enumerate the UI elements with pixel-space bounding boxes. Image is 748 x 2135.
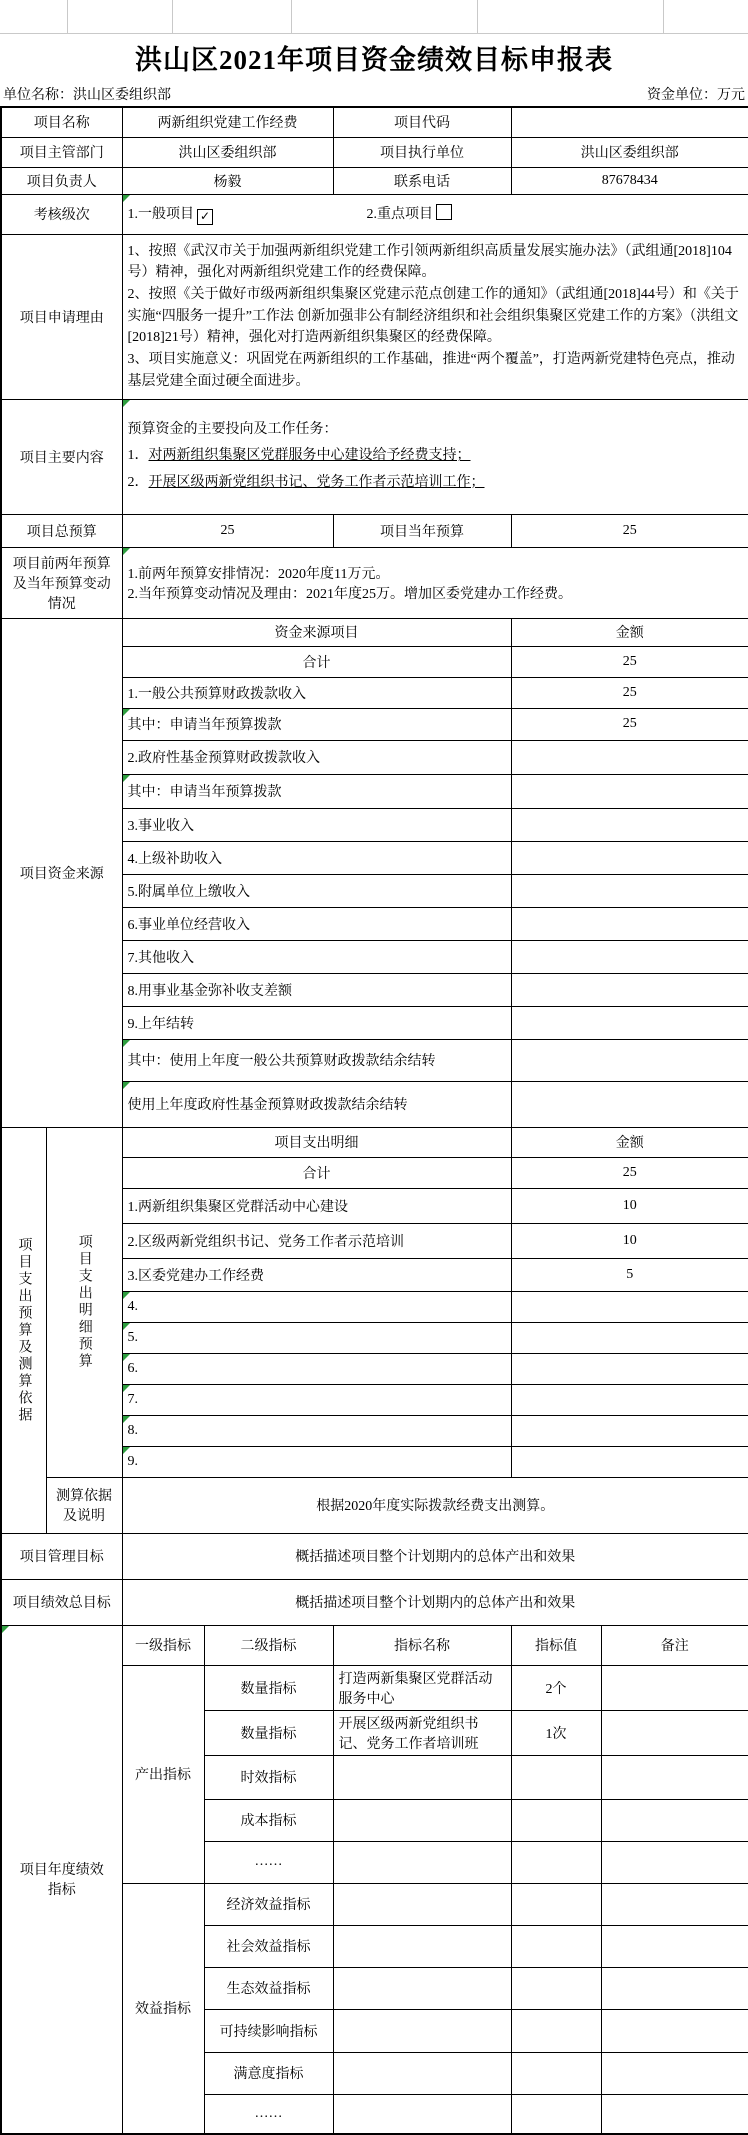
funding-row-text: 使用上年度政府性基金预算财政拨款结余结转 xyxy=(128,1098,408,1113)
project-code-value xyxy=(511,107,748,137)
dept-label: 项目主管部门 xyxy=(1,137,122,167)
indicator-name: 打造两新集聚区党群活动服务中心 xyxy=(333,1665,511,1710)
indicator-note xyxy=(601,2094,748,2134)
expenditure-row-text: 7. xyxy=(128,1392,139,1407)
phone-value: 87678434 xyxy=(511,167,748,194)
checkbox-checked-icon[interactable]: ✓ xyxy=(197,209,213,225)
manager-value: 杨毅 xyxy=(122,167,333,194)
green-triangle-icon xyxy=(123,1447,130,1454)
funding-col-item: 资金来源项目 xyxy=(122,618,511,646)
green-triangle-icon xyxy=(123,1323,130,1330)
indicator-name xyxy=(333,1799,511,1841)
expenditure-row-name: 8. xyxy=(122,1415,511,1446)
option-general-label: 1.一般项目 xyxy=(128,207,195,222)
project-name-value: 两新组织党建工作经费 xyxy=(122,107,333,137)
funding-row-text: 其中：申请当年预算拨款 xyxy=(128,718,282,733)
indicator-name xyxy=(333,1755,511,1799)
expenditure-row-name: 7. xyxy=(122,1384,511,1415)
green-triangle-icon xyxy=(123,400,130,407)
funding-row-name: 6.事业单位经营收入 xyxy=(122,907,511,940)
expenditure-row-name: 1.两新组织集聚区党群活动中心建设 xyxy=(122,1188,511,1223)
total-budget-label: 项目总预算 xyxy=(1,514,122,547)
funding-row-name: 2.政府性基金预算财政拨款收入 xyxy=(122,740,511,774)
indicator-type: 社会效益指标 xyxy=(204,1925,333,1967)
expenditure-row-text: 4. xyxy=(128,1299,139,1314)
green-triangle-icon xyxy=(123,1082,130,1089)
funding-row-text: 其中：使用上年度一般公共预算财政拨款结余结转 xyxy=(128,1054,436,1069)
green-triangle-icon xyxy=(123,775,130,782)
indicator-note xyxy=(601,2052,748,2094)
item2-number: 2． xyxy=(128,475,149,490)
assessment-label: 考核级次 xyxy=(1,194,122,234)
expenditure-row-amount xyxy=(511,1384,748,1415)
expenditure-row-amount xyxy=(511,1291,748,1322)
green-triangle-icon xyxy=(123,709,130,716)
indicator-note xyxy=(601,1967,748,2009)
benefit-indicators-label: 效益指标 xyxy=(122,1883,204,2134)
green-triangle-icon xyxy=(123,1292,130,1299)
indicator-value xyxy=(511,2094,601,2134)
indicators-col-level1: 一级指标 xyxy=(122,1625,204,1665)
expenditure-row-amount: 25 xyxy=(511,1157,748,1188)
indicator-type: 数量指标 xyxy=(204,1710,333,1755)
indicator-type: 经济效益指标 xyxy=(204,1883,333,1925)
basis-label: 测算依据及说明 xyxy=(46,1477,122,1533)
funding-row-amount xyxy=(511,874,748,907)
expenditure-row-amount: 10 xyxy=(511,1223,748,1258)
green-triangle-icon xyxy=(2,1626,9,1633)
indicator-note xyxy=(601,1755,748,1799)
spreadsheet-page: 洪山区2021年项目资金绩效目标申报表 单位名称：洪山区委组织部 资金单位：万元… xyxy=(0,0,748,2135)
indicator-value xyxy=(511,2052,601,2094)
assessment-value: 1.一般项目✓ 2.重点项目 xyxy=(122,194,748,234)
form-subheader: 单位名称：洪山区委组织部 资金单位：万元 xyxy=(0,81,748,106)
indicator-type: 时效指标 xyxy=(204,1755,333,1799)
indicator-name xyxy=(333,1967,511,2009)
expenditure-row-name: 6. xyxy=(122,1353,511,1384)
history-label: 项目前两年预算及当年预算变动情况 xyxy=(1,547,122,618)
indicator-value: 2个 xyxy=(511,1665,601,1710)
project-code-label: 项目代码 xyxy=(333,107,511,137)
indicator-name xyxy=(333,2094,511,2134)
indicator-value xyxy=(511,1755,601,1799)
funding-row-name: 1.一般公共预算财政拨款收入 xyxy=(122,677,511,708)
indicator-note xyxy=(601,1799,748,1841)
indicator-type: 生态效益指标 xyxy=(204,1967,333,2009)
funding-row-name: 使用上年度政府性基金预算财政拨款结余结转 xyxy=(122,1081,511,1127)
history-line2: 2.当年预算变动情况及理由：2021年度25万。增加区委党建办工作经费。 xyxy=(128,583,744,603)
indicator-note xyxy=(601,1883,748,1925)
indicators-col-value: 指标值 xyxy=(511,1625,601,1665)
funding-section-label: 项目资金来源 xyxy=(1,618,122,1127)
expenditure-row-amount xyxy=(511,1353,748,1384)
main-content-item1: 1．对两新组织集聚区党群服务中心建设给予经费支持； xyxy=(128,443,744,470)
spreadsheet-empty-row xyxy=(0,0,748,34)
sheet-gridline xyxy=(477,0,478,33)
sheet-gridline xyxy=(172,0,173,33)
current-budget-label: 项目当年预算 xyxy=(333,514,511,547)
expenditure-row-text: 6. xyxy=(128,1361,139,1376)
expenditure-row-text: 5. xyxy=(128,1330,139,1345)
expenditure-section-label: 项目支出预算及测算依据 xyxy=(1,1127,46,1533)
indicator-name xyxy=(333,2009,511,2052)
expenditure-row-name: 2.区级两新党组织书记、党务工作者示范培训 xyxy=(122,1223,511,1258)
main-content-item2: 2．开展区级两新党组织书记、党务工作者示范培训工作； xyxy=(128,470,744,497)
expenditure-row-name: 5. xyxy=(122,1322,511,1353)
history-line1: 1.前两年预算安排情况：2020年度11万元。 xyxy=(128,563,744,583)
expenditure-row-name: 合计 xyxy=(122,1157,511,1188)
funding-row-name: 3.事业收入 xyxy=(122,808,511,841)
output-indicators-label: 产出指标 xyxy=(122,1665,204,1883)
indicator-type: 满意度指标 xyxy=(204,2052,333,2094)
indicator-value xyxy=(511,1883,601,1925)
reason-text: 1、按照《武汉市关于加强两新组织党建工作引领两新组织高质量发展实施办法》（武组通… xyxy=(122,234,748,399)
funding-row-name: 5.附属单位上缴收入 xyxy=(122,874,511,907)
indicators-col-level2: 二级指标 xyxy=(204,1625,333,1665)
expenditure-row-text: 9. xyxy=(128,1454,139,1469)
dept-value: 洪山区委组织部 xyxy=(122,137,333,167)
total-budget-value: 25 xyxy=(122,514,333,547)
currency-unit-label: 资金单位：万元 xyxy=(647,84,745,104)
indicators-section-label-text: 项目年度绩效指标 xyxy=(15,1859,108,1899)
green-triangle-icon xyxy=(123,1416,130,1423)
main-content-intro: 预算资金的主要投向及工作任务： xyxy=(128,417,744,444)
expenditure-detail-label-text: 项目支出明细预算 xyxy=(76,1234,91,1370)
funding-row-name: 4.上级补助收入 xyxy=(122,841,511,874)
sheet-gridline xyxy=(291,0,292,33)
phone-label: 联系电话 xyxy=(333,167,511,194)
green-triangle-icon xyxy=(123,1354,130,1361)
overall-goal-label: 项目绩效总目标 xyxy=(1,1579,122,1625)
management-goal-label: 项目管理目标 xyxy=(1,1533,122,1579)
indicator-name xyxy=(333,1925,511,1967)
unit-name-label: 单位名称：洪山区委组织部 xyxy=(3,84,171,104)
expenditure-col-amount: 金额 xyxy=(511,1127,748,1157)
green-triangle-icon xyxy=(123,1385,130,1392)
funding-row-amount xyxy=(511,907,748,940)
indicator-name xyxy=(333,1883,511,1925)
indicator-value xyxy=(511,2009,601,2052)
basis-text: 根据2020年度实际拨款经费支出测算。 xyxy=(122,1477,748,1533)
funding-row-amount xyxy=(511,1006,748,1039)
indicator-value: 1次 xyxy=(511,1710,601,1755)
funding-row-name: 其中：使用上年度一般公共预算财政拨款结余结转 xyxy=(122,1039,511,1081)
indicator-value xyxy=(511,1967,601,2009)
current-budget-value: 25 xyxy=(511,514,748,547)
history-value: 1.前两年预算安排情况：2020年度11万元。 2.当年预算变动情况及理由：20… xyxy=(122,547,748,618)
funding-row-name: 7.其他收入 xyxy=(122,940,511,973)
indicator-name xyxy=(333,1841,511,1883)
funding-row-amount xyxy=(511,808,748,841)
funding-row-name: 其中：申请当年预算拨款 xyxy=(122,774,511,808)
funding-row-amount xyxy=(511,940,748,973)
indicators-col-name: 指标名称 xyxy=(333,1625,511,1665)
manager-label: 项目负责人 xyxy=(1,167,122,194)
assessment-option-key: 2.重点项目 xyxy=(367,207,453,222)
funding-row-amount xyxy=(511,841,748,874)
indicator-name xyxy=(333,2052,511,2094)
indicators-section-label: 项目年度绩效指标 xyxy=(1,1625,122,2134)
indicator-type: …… xyxy=(204,1841,333,1883)
indicator-note xyxy=(601,1710,748,1755)
expenditure-row-amount: 10 xyxy=(511,1188,748,1223)
main-content-value: 预算资金的主要投向及工作任务： 1．对两新组织集聚区党群服务中心建设给予经费支持… xyxy=(122,399,748,514)
funding-row-name: 8.用事业基金弥补收支差额 xyxy=(122,973,511,1006)
indicators-col-note: 备注 xyxy=(601,1625,748,1665)
expenditure-row-amount: 5 xyxy=(511,1258,748,1291)
expenditure-row-amount xyxy=(511,1322,748,1353)
item1-text: 对两新组织集聚区党群服务中心建设给予经费支持； xyxy=(149,448,471,463)
funding-row-amount: 25 xyxy=(511,708,748,740)
overall-goal-text: 概括描述项目整个计划期内的总体产出和效果 xyxy=(122,1579,748,1625)
funding-row-amount xyxy=(511,1081,748,1127)
sheet-gridline xyxy=(67,0,68,33)
funding-col-amount: 金额 xyxy=(511,618,748,646)
expenditure-row-name: 9. xyxy=(122,1446,511,1477)
indicator-type: 成本指标 xyxy=(204,1799,333,1841)
management-goal-text: 概括描述项目整个计划期内的总体产出和效果 xyxy=(122,1533,748,1579)
expenditure-col-item: 项目支出明细 xyxy=(122,1127,511,1157)
item2-text: 开展区级两新党组织书记、党务工作者示范培训工作； xyxy=(149,475,485,490)
indicator-type: 可持续影响指标 xyxy=(204,2009,333,2052)
form-title: 洪山区2021年项目资金绩效目标申报表 xyxy=(0,34,748,81)
funding-row-amount: 25 xyxy=(511,646,748,677)
funding-row-name: 其中：申请当年预算拨款 xyxy=(122,708,511,740)
green-triangle-icon xyxy=(123,195,130,202)
funding-row-amount xyxy=(511,973,748,1006)
green-triangle-icon xyxy=(123,1040,130,1047)
funding-row-name: 9.上年结转 xyxy=(122,1006,511,1039)
declaration-form-table: 项目名称 两新组织党建工作经费 项目代码 项目主管部门 洪山区委组织部 项目执行… xyxy=(0,106,748,2135)
exec-unit-label: 项目执行单位 xyxy=(333,137,511,167)
expenditure-row-amount xyxy=(511,1446,748,1477)
indicator-type: …… xyxy=(204,2094,333,2134)
indicator-type: 数量指标 xyxy=(204,1665,333,1710)
funding-row-amount xyxy=(511,774,748,808)
exec-unit-value: 洪山区委组织部 xyxy=(511,137,748,167)
expenditure-row-name: 4. xyxy=(122,1291,511,1322)
indicator-name: 开展区级两新党组织书记、党务工作者培训班 xyxy=(333,1710,511,1755)
indicator-value xyxy=(511,1799,601,1841)
check-mark: ✓ xyxy=(200,209,210,223)
green-triangle-icon xyxy=(123,548,130,555)
funding-row-text: 其中：申请当年预算拨款 xyxy=(128,785,282,800)
sheet-gridline xyxy=(663,0,664,33)
indicator-note xyxy=(601,1665,748,1710)
funding-row-name: 合计 xyxy=(122,646,511,677)
expenditure-section-label-text: 项目支出预算及测算依据 xyxy=(16,1237,31,1424)
expenditure-row-amount xyxy=(511,1415,748,1446)
indicator-note xyxy=(601,2009,748,2052)
funding-row-amount xyxy=(511,740,748,774)
indicator-note xyxy=(601,1841,748,1883)
expenditure-detail-label: 项目支出明细预算 xyxy=(46,1127,122,1477)
indicator-value xyxy=(511,1841,601,1883)
indicator-note xyxy=(601,1925,748,1967)
option-key-label: 2.重点项目 xyxy=(367,207,434,222)
checkbox-unchecked-icon[interactable] xyxy=(436,204,452,220)
funding-row-amount: 25 xyxy=(511,677,748,708)
reason-label: 项目申请理由 xyxy=(1,234,122,399)
item1-number: 1． xyxy=(128,448,149,463)
assessment-option-general: 1.一般项目✓ xyxy=(128,207,217,222)
funding-row-amount xyxy=(511,1039,748,1081)
main-content-label: 项目主要内容 xyxy=(1,399,122,514)
expenditure-row-name: 3.区委党建办工作经费 xyxy=(122,1258,511,1291)
indicator-value xyxy=(511,1925,601,1967)
project-name-label: 项目名称 xyxy=(1,107,122,137)
expenditure-row-text: 8. xyxy=(128,1423,139,1438)
